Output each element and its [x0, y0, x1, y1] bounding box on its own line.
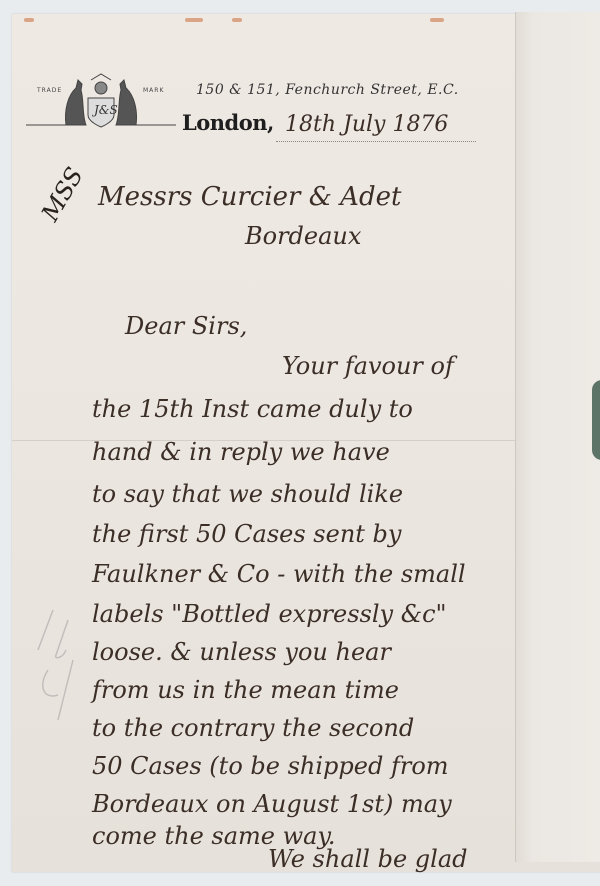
- body-line: from us in the mean time: [92, 676, 399, 704]
- addressee-city: Bordeaux: [245, 222, 361, 250]
- kangaroo-crest-icon: J&S: [26, 70, 176, 130]
- letter-date: 18th July 1876: [285, 112, 448, 137]
- salutation: Dear Sirs,: [125, 312, 247, 340]
- body-line: labels "Bottled expressly &c": [92, 600, 447, 628]
- body-line: Your favour of: [282, 352, 454, 380]
- body-line: We shall be glad: [268, 845, 468, 873]
- foxing-stain: [232, 18, 242, 22]
- svg-text:J&S: J&S: [91, 103, 118, 117]
- foxing-stain: [430, 18, 444, 22]
- letterhead-city: London,: [182, 110, 274, 135]
- body-line: to say that we should like: [92, 480, 403, 508]
- body-line: Bordeaux on August 1st) may: [92, 790, 452, 818]
- foxing-stain: [185, 18, 203, 22]
- body-line: Faulkner & Co - with the small: [92, 560, 466, 588]
- body-line: loose. & unless you hear: [92, 638, 391, 666]
- foxing-stain: [24, 18, 34, 22]
- pencil-annotation-marks: [28, 610, 88, 740]
- body-line: hand & in reply we have: [92, 438, 390, 466]
- addressee: Messrs Curcier & Adet: [98, 182, 401, 212]
- date-underline: [276, 141, 476, 143]
- body-line: 50 Cases (to be shipped from: [92, 752, 449, 780]
- body-line: to the contrary the second: [92, 714, 414, 742]
- letterhead-address: 150 & 151, Fenchurch Street, E.C.: [196, 82, 459, 98]
- folded-right-panel: [515, 12, 600, 862]
- body-line: the first 50 Cases sent by: [92, 520, 401, 548]
- green-seal-edge: [592, 380, 600, 460]
- body-line: the 15th Inst came duly to: [92, 395, 413, 423]
